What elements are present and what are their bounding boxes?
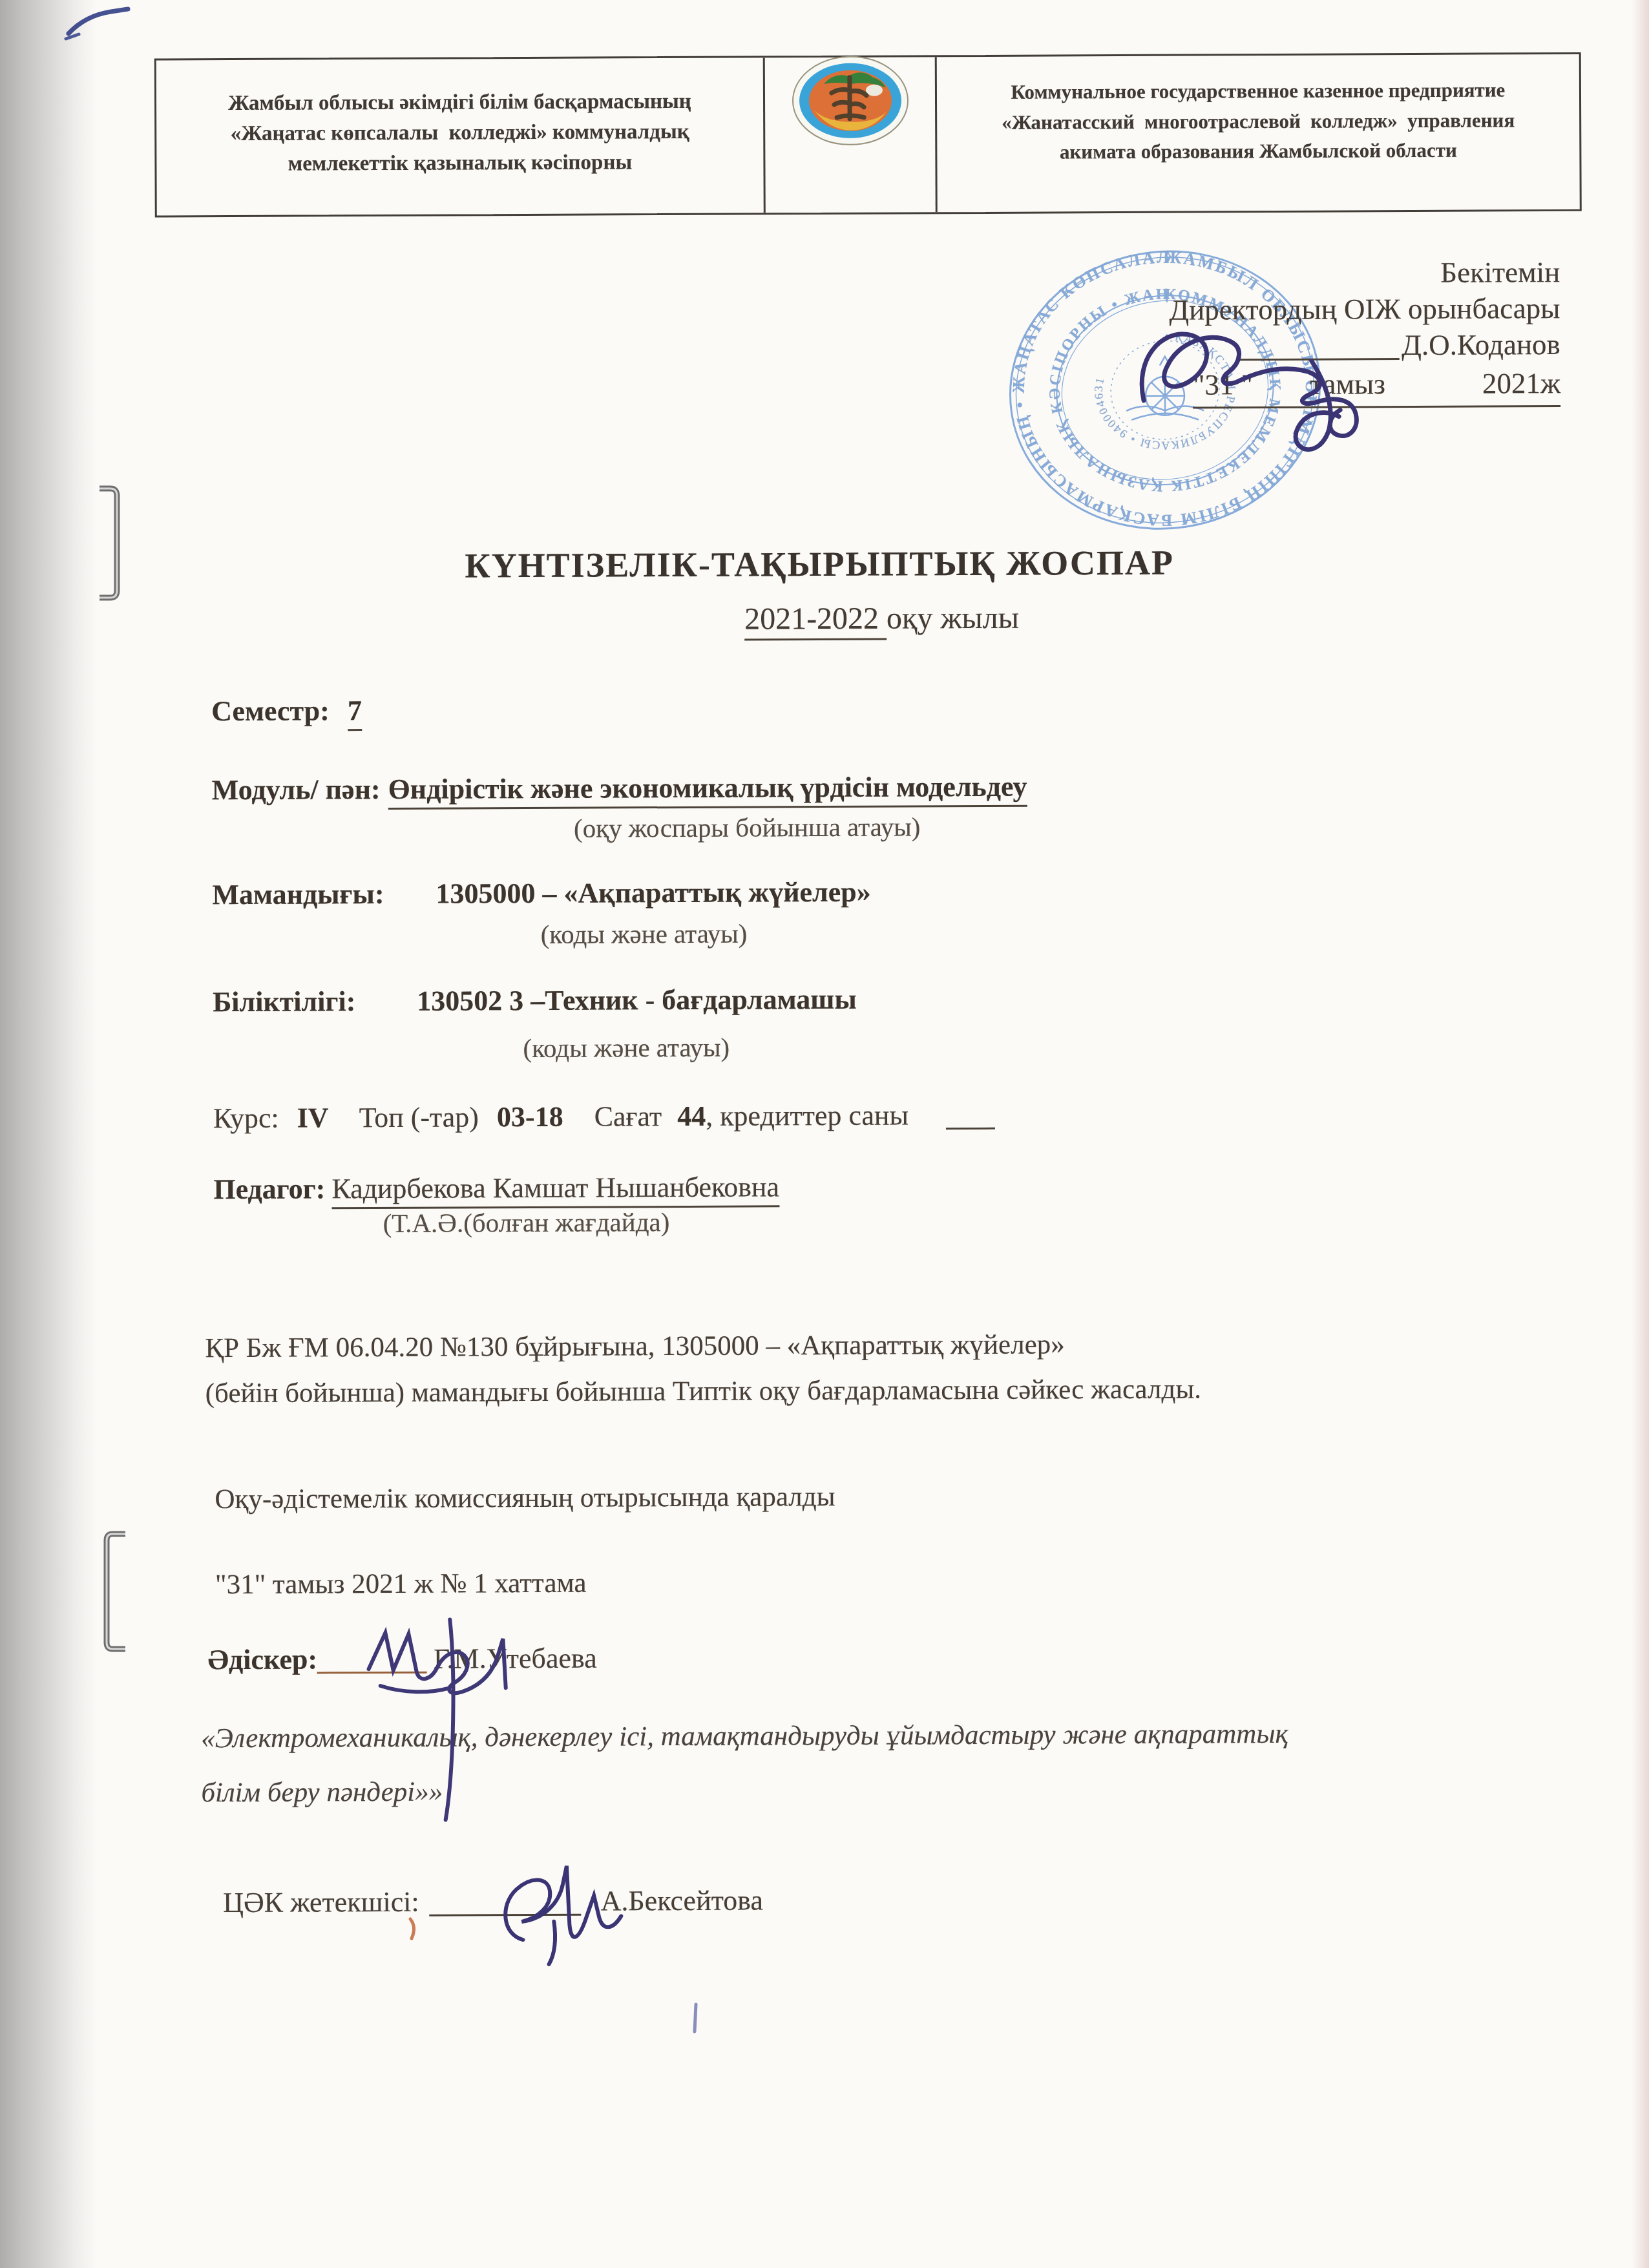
specialty-row: Мамандығы:1305000 – «Ақпараттық жүйелер» xyxy=(212,876,871,912)
qualification-hint: (коды және атауы) xyxy=(523,1032,730,1064)
course-label: Курс: xyxy=(213,1102,279,1134)
basis-line-2: (бейін бойынша) мамандығы бойынша Типтік… xyxy=(205,1373,1201,1409)
academic-year: 2021-2022 оқу жылы xyxy=(744,600,1019,637)
director-signature xyxy=(1117,289,1470,462)
qualification-value: 130502 3 –Техник - бағдарламашы xyxy=(417,983,857,1017)
approval-year: 2021ж xyxy=(1482,367,1560,400)
basis-line-1: ҚР Бж ҒМ 06.04.20 №130 бұйрығына, 130500… xyxy=(205,1328,1064,1364)
course-value: IV xyxy=(297,1102,329,1133)
module-label: Модуль/ пән: xyxy=(212,773,381,806)
semester-value: 7 xyxy=(348,695,362,731)
course-row: Курс:IVТоп (-тар)03-18Сағат44, кредиттер… xyxy=(213,1099,995,1135)
teacher-hint: (Т.А.Ә.(болған жағдайда) xyxy=(383,1206,669,1239)
semester-row: Семестр:7 xyxy=(211,695,362,728)
scanner-edge-shadow xyxy=(0,0,97,2268)
methodist-signature-ink xyxy=(354,1592,527,1835)
credits-blank xyxy=(946,1102,995,1129)
org-name-russian: Коммунальное государственное казенное пр… xyxy=(937,54,1580,212)
letterhead-table: Жамбыл облысы әкімдігі білім басқармасын… xyxy=(154,52,1582,218)
module-hint: (оқу жоспары бойынша атауы) xyxy=(574,811,921,843)
teacher-label: Педагог: xyxy=(213,1173,325,1205)
academic-year-suffix: оқу жылы xyxy=(887,601,1019,636)
org-name-kazakh: Жамбыл облысы әкімдігі білім басқармасын… xyxy=(156,58,766,215)
semester-label: Семестр: xyxy=(211,695,330,727)
credits-label: , кредиттер саны xyxy=(706,1099,909,1131)
specialty-hint: (коды және атауы) xyxy=(541,918,748,950)
specialty-label: Мамандығы: xyxy=(212,878,384,910)
college-emblem-icon xyxy=(791,55,909,146)
scanner-edge-tint xyxy=(1632,0,1649,2268)
pen-mark-icon xyxy=(62,3,140,43)
module-row: Модуль/ пән:Өндірістік және экономикалық… xyxy=(212,771,1027,807)
document-sheet: Жамбыл облысы әкімдігі білім басқармасын… xyxy=(0,0,1649,2268)
approval-word: Бекітемін xyxy=(1169,254,1560,292)
hours-label: Сағат xyxy=(594,1100,662,1132)
logo-cell xyxy=(765,57,938,213)
scanned-document-page: Жамбыл облысы әкімдігі білім басқармасын… xyxy=(0,0,1649,2268)
staple-icon xyxy=(101,1528,131,1657)
staple-icon xyxy=(93,483,123,604)
teacher-row: Педагог:Кадирбекова Камшат Нышанбековна xyxy=(213,1171,779,1206)
module-value: Өндірістік және экономикалық үрдісін мод… xyxy=(388,771,1027,810)
qualification-row: Біліктілігі:130502 3 –Техник - бағдарлам… xyxy=(213,983,857,1019)
ink-speck-icon xyxy=(404,1916,421,1942)
group-value: 03-18 xyxy=(497,1101,563,1133)
commission-reviewed: Оқу-әдістемелік комиссияның отырысында қ… xyxy=(215,1481,835,1516)
document-title: КҮНТІЗЕЛІК-ТАҚЫРЫПТЫҚ ЖОСПАР xyxy=(465,543,1174,586)
chair-label: ЦӘК жетекшісі: xyxy=(223,1886,419,1918)
group-label: Топ (-тар) xyxy=(359,1101,479,1133)
methodist-label: Әдіскер: xyxy=(207,1643,317,1675)
academic-year-range: 2021-2022 xyxy=(744,602,887,641)
specialty-value: 1305000 – «Ақпараттық жүйелер» xyxy=(436,876,870,910)
ink-tick-icon xyxy=(690,2002,702,2037)
teacher-value: Кадирбекова Камшат Нышанбековна xyxy=(331,1171,779,1209)
qualification-label: Біліктілігі: xyxy=(213,985,355,1018)
chair-signature-ink xyxy=(481,1843,634,1970)
hours-value: 44 xyxy=(677,1100,706,1132)
